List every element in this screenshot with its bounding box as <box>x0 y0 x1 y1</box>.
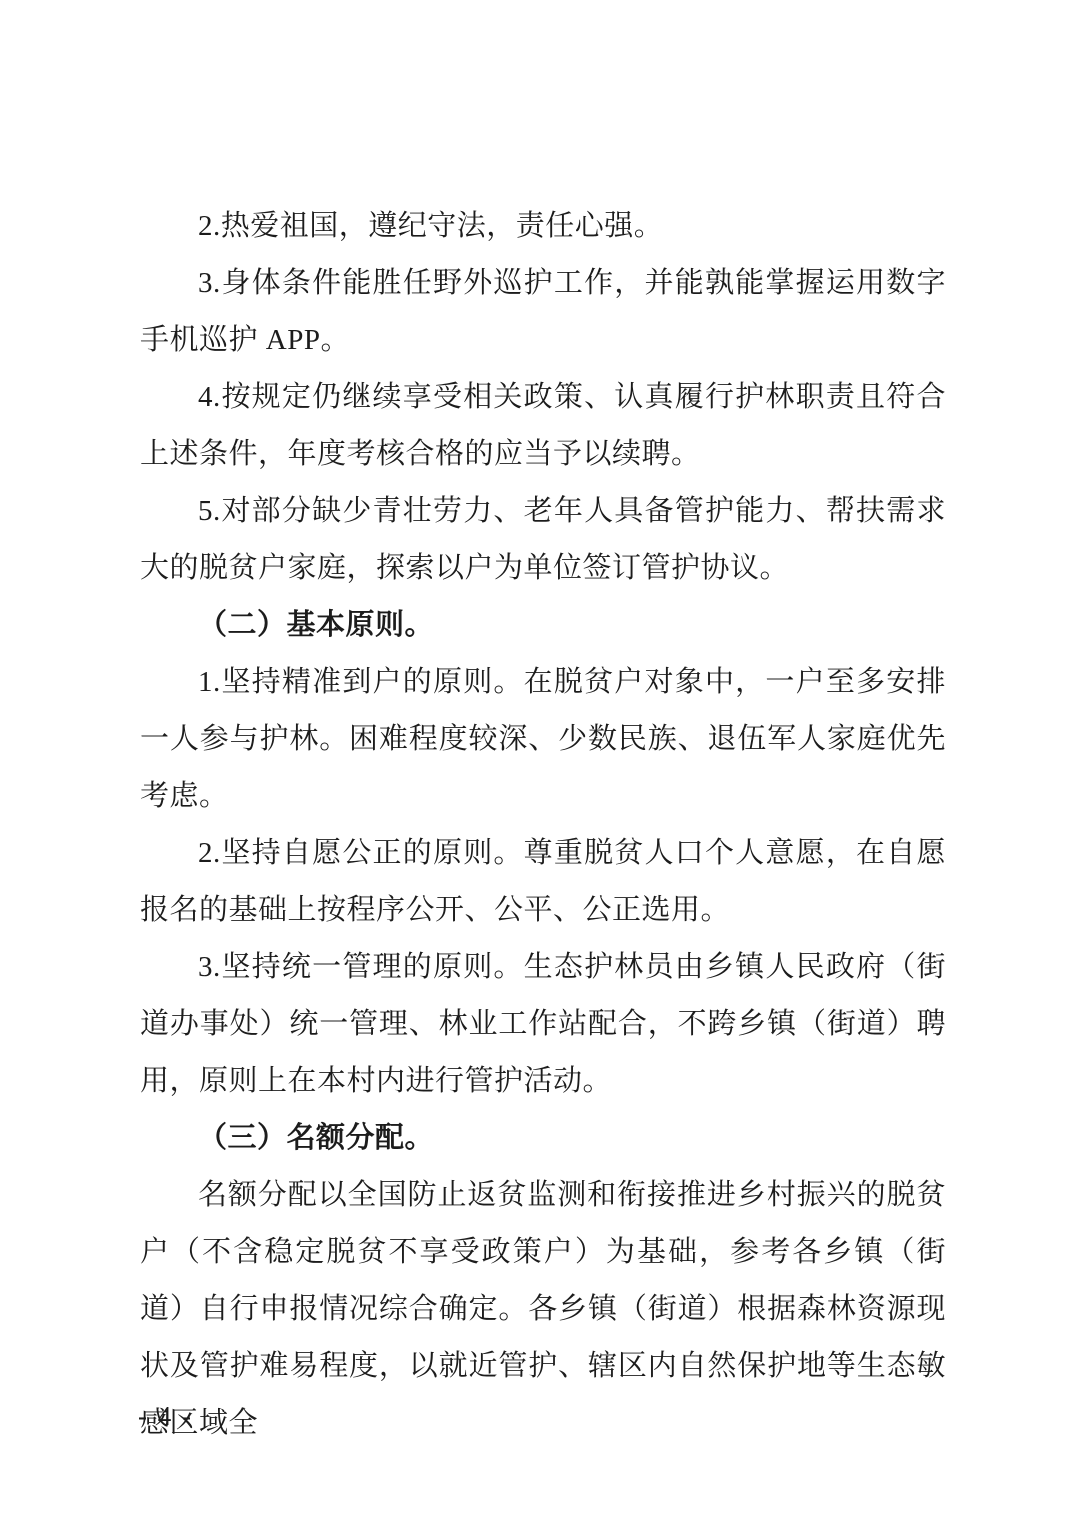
paragraph-item-5: 5.对部分缺少青壮劳力、老年人具备管护能力、帮扶需求大的脱贫户家庭，探索以户为单… <box>140 483 946 597</box>
paragraph-principle-1: 1.坚持精准到户的原则。在脱贫户对象中，一户至多安排一人参与护林。困难程度较深、… <box>140 654 946 825</box>
paragraph-item-4: 4.按规定仍继续享受相关政策、认真履行护林职责且符合上述条件，年度考核合格的应当… <box>140 369 946 483</box>
page-number: - 4 - <box>138 1396 193 1436</box>
paragraph-principle-2: 2.坚持自愿公正的原则。尊重脱贫人口个人意愿，在自愿报名的基础上按程序公开、公平… <box>140 825 946 939</box>
paragraph-principle-3: 3.坚持统一管理的原则。生态护林员由乡镇人民政府（街道办事处）统一管理、林业工作… <box>140 939 946 1110</box>
document-body: 2.热爱祖国，遵纪守法，责任心强。 3.身体条件能胜任野外巡护工作，并能孰能掌握… <box>140 198 946 1452</box>
section-heading-basic-principles: （二）基本原则。 <box>140 597 946 654</box>
document-page: 2.热爱祖国，遵纪守法，责任心强。 3.身体条件能胜任野外巡护工作，并能孰能掌握… <box>0 0 1074 1520</box>
paragraph-quota-detail: 名额分配以全国防止返贫监测和衔接推进乡村振兴的脱贫户（不含稳定脱贫不享受政策户）… <box>140 1167 946 1452</box>
paragraph-item-3: 3.身体条件能胜任野外巡护工作，并能孰能掌握运用数字手机巡护 APP。 <box>140 255 946 369</box>
section-heading-quota-allocation: （三）名额分配。 <box>140 1110 946 1167</box>
paragraph-item-2: 2.热爱祖国，遵纪守法，责任心强。 <box>140 198 946 255</box>
